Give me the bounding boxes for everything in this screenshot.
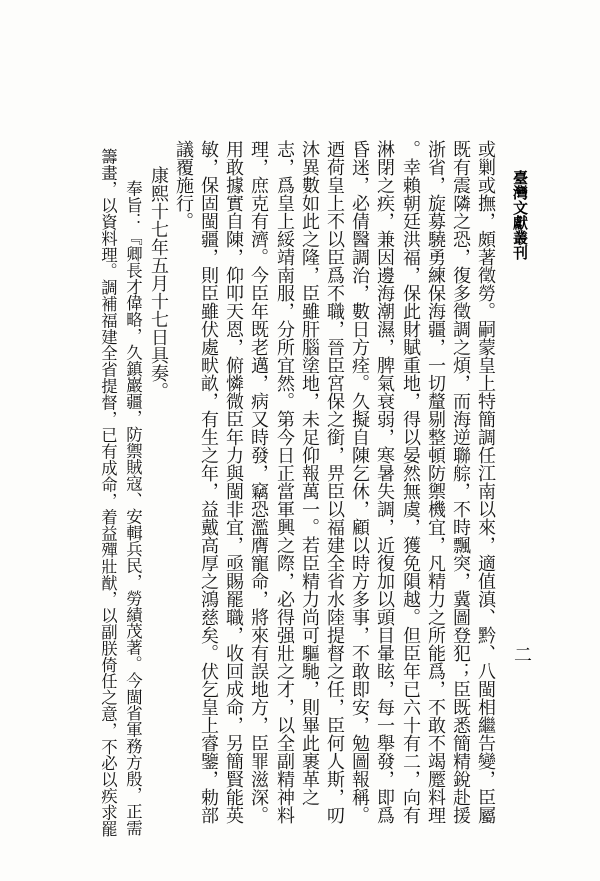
running-header: 臺灣文獻叢刊 (512, 170, 527, 260)
memorial-column-8: 沐異數如此之隆，臣雖肝腦塗地，未足仰報萬一。若臣精力尚可驅馳，則畢此裹革之 (300, 140, 318, 806)
memorial-column-9: 志，爲皇上綏靖南服，分所宜然。第今日正當軍興之際，必得强壯之才，以全副精神料 (275, 140, 293, 824)
memorial-column-6: 昏迷，必倩醫調治，數日方痊。久擬自陳乞休，顧以時方多事，不敢即安，勉圖報稱。 (350, 140, 368, 824)
edict-column-1: 奉旨：『卿長才偉略，久鎮巖疆，防禦賊寇、安輯兵民，勞績茂著。今閩省軍務方殷，正需 (124, 180, 140, 836)
memorial-column-2: 既有震隣之恐，復多徵調之煩，而海逆聯䑸，不時飄突，冀圖登犯；臣既悉簡精銳赴援 (451, 140, 469, 824)
memorial-column-5: 淋閉之疾，兼因邊海潮濕，脾氣衰弱，寒暑失調，近復加以頭目暈眩，每一舉發，即爲 (375, 140, 393, 824)
edict-column-2: 籌畫，以資料理。調補福建全省提督，已有成命，着益殫壯猷，以副朕倚任之意，不必以疾… (99, 148, 115, 837)
memorial-column-12: 敏，保固閩疆，則臣雖伏處畎畝，有生之年，益戴高厚之鴻慈矣。伏乞皇上睿鑒，勅部 (199, 140, 217, 824)
memorial-column-11: 用敢據實自陳，仰叩天恩，俯憐微臣年力與閩非宜，亟賜罷職，收回成命，另簡賢能英 (224, 140, 242, 824)
memorial-column-7: 迺荷皇上不以臣爲不職，晉臣宮保之銜，畀臣以福建全省水陸提督之任，臣何人斯，叨 (325, 140, 343, 824)
memorial-column-10: 理，庶克有濟。今臣年既老邁，病又時發，竊恐濫膺寵命，將來有誤地方，臣罪滋深。 (249, 140, 267, 824)
date-line: 康熙十七年五月十七日具奏。 (149, 166, 167, 400)
page-number: 二 (512, 645, 530, 663)
memorial-column-4: 。幸賴朝廷洪福，保此財賦重地，得以晏然無虞，獲免隕越。但臣年已六十有二，向有 (401, 140, 419, 824)
memorial-column-13: 議覆施行。 (174, 140, 192, 230)
book-page: 臺灣文獻叢刊 二 或剿或撫，頗著徵勞。嗣蒙皇上特簡調任江南以來，適值滇、黔、八閩… (0, 0, 600, 881)
memorial-column-3: 浙省，旋募驍勇練保海疆，一切釐剔整頓防禦機宜，凡精力之所能爲，不敢不竭蹷料理 (426, 140, 444, 824)
memorial-column-1: 或剿或撫，頗著徵勞。嗣蒙皇上特簡調任江南以來，適值滇、黔、八閩相繼告變，臣屬 (476, 140, 494, 824)
